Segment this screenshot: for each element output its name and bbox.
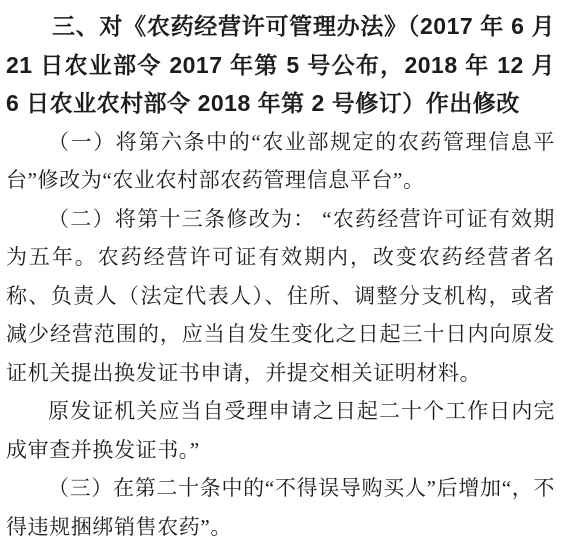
document-page: 三、对《农药经营许可管理办法》（2017 年 6 月 21 日农业部令 2017… [0,0,562,546]
heading-amendment-section-3: 三、对《农药经营许可管理办法》（2017 年 6 月 21 日农业部令 2017… [6,7,555,123]
paragraph-item-1: （一）将第六条中的“农业部规定的农药管理信息平台”修改为“农业农村部农药管理信息… [6,123,555,200]
paragraph-item-3: （三）在第二十条中的“不得误导购买人”后增加“，不得违规捆绑销售农药”。 [6,469,555,546]
paragraph-item-2-continued: 原发证机关应当自受理申请之日起二十个工作日内完成审查并换发证书。” [6,392,555,469]
paragraph-item-2: （二）将第十三条修改为： “农药经营许可证有效期为五年。农药经营许可证有效期内，… [6,200,555,393]
